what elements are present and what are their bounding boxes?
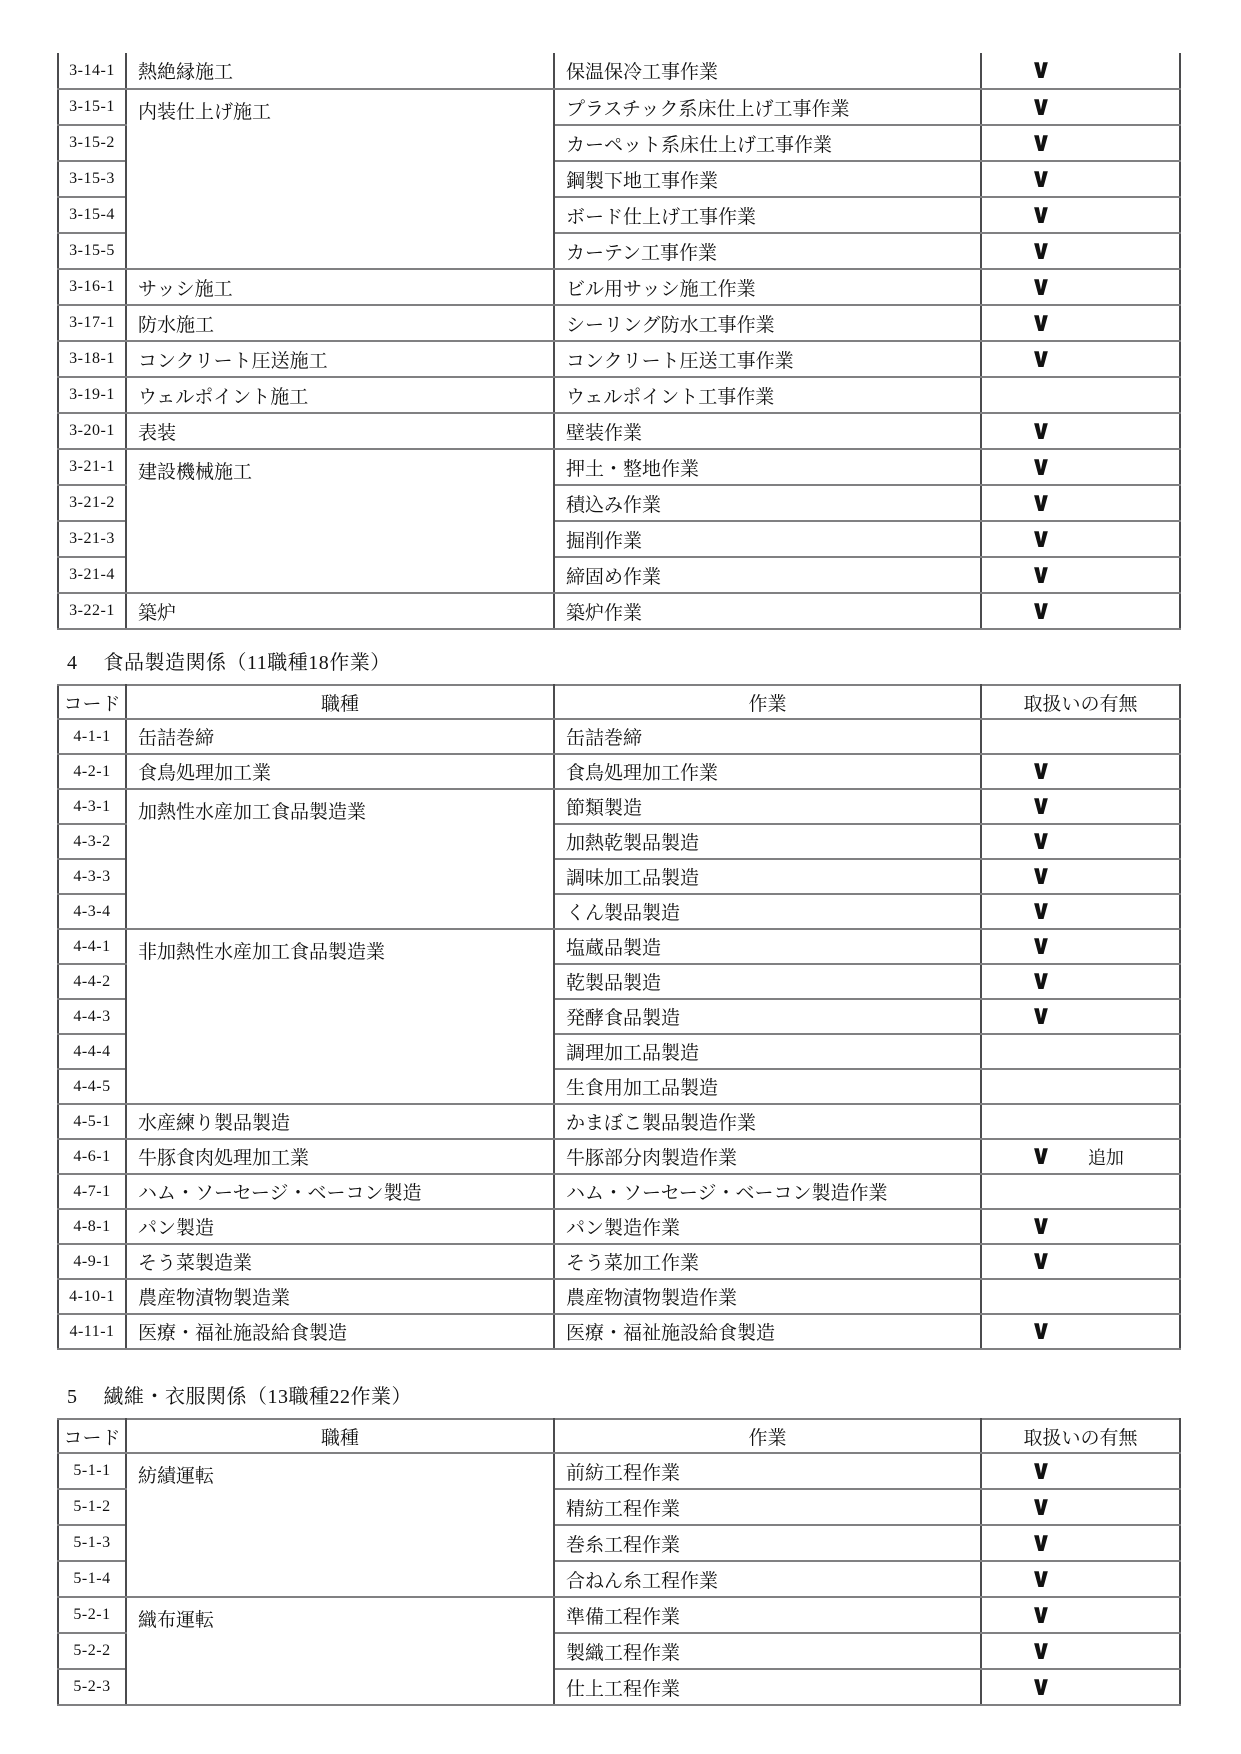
work-cell: 押土・整地作業 (554, 449, 981, 485)
section-title: 食品製造関係（11職種18作業） (104, 652, 391, 674)
availability-content: ∨ (982, 486, 1179, 520)
code-cell: 4-3-4 (58, 894, 126, 929)
availability-cell: ∨ (981, 161, 1180, 197)
availability-cell: ∨ (981, 1525, 1180, 1561)
header-work: 作業 (554, 685, 981, 719)
availability-cell: ∨ (981, 125, 1180, 161)
check-mark: ∨ (1030, 757, 1052, 784)
job-cell: 加熱性水産加工食品製造業 (126, 789, 554, 929)
table-row: 4-9-1そう菜製造業そう菜加工作業∨ (58, 1244, 1180, 1279)
food-jobs-table: コード 職種 作業 取扱いの有無 4-1-1缶詰巻締缶詰巻締4-2-1食鳥処理加… (57, 684, 1181, 1350)
availability-content: ∨追加 (982, 1140, 1179, 1173)
table-row: 3-22-1築炉築炉作業∨ (58, 593, 1180, 629)
code-cell: 3-18-1 (58, 341, 126, 377)
check-mark: ∨ (1030, 597, 1052, 624)
availability-cell: ∨ (981, 269, 1180, 305)
work-cell: 締固め作業 (554, 557, 981, 593)
check-mark: ∨ (1030, 201, 1052, 228)
availability-cell: ∨ (981, 557, 1180, 593)
work-cell: 農産物漬物製造作業 (554, 1279, 981, 1314)
header-job: 職種 (126, 1419, 554, 1453)
check-mark: ∨ (1030, 1212, 1052, 1239)
work-cell: 調理加工品製造 (554, 1034, 981, 1069)
code-cell: 3-16-1 (58, 269, 126, 305)
code-cell: 4-9-1 (58, 1244, 126, 1279)
availability-cell: ∨ (981, 593, 1180, 629)
availability-content: ∨ (982, 198, 1179, 232)
table-row: 4-2-1食鳥処理加工業食鳥処理加工作業∨ (58, 754, 1180, 789)
check-mark: ∨ (1030, 967, 1052, 994)
check-mark: ∨ (1030, 345, 1052, 372)
check-mark: ∨ (1030, 897, 1052, 924)
job-cell: 牛豚食肉処理加工業 (126, 1139, 554, 1174)
availability-content: ∨ (982, 234, 1179, 268)
availability-cell: ∨ (981, 1209, 1180, 1244)
added-note: 追加 (1088, 1144, 1124, 1170)
code-cell: 4-3-2 (58, 824, 126, 859)
availability-content: ∨ (982, 53, 1179, 88)
code-cell: 3-15-1 (58, 89, 126, 125)
job-cell: 非加熱性水産加工食品製造業 (126, 929, 554, 1104)
check-mark: ∨ (1030, 1247, 1052, 1274)
work-cell: 前紡工程作業 (554, 1453, 981, 1489)
availability-cell: ∨ (981, 1561, 1180, 1597)
work-cell: 掘削作業 (554, 521, 981, 557)
availability-content: ∨ (982, 162, 1179, 196)
code-cell: 3-15-5 (58, 233, 126, 269)
availability-content: ∨ (982, 1526, 1179, 1560)
availability-cell: ∨ (981, 1597, 1180, 1633)
table-row: 4-1-1缶詰巻締缶詰巻締 (58, 719, 1180, 754)
check-mark: ∨ (1030, 1601, 1052, 1628)
work-cell: 巻糸工程作業 (554, 1525, 981, 1561)
availability-content (982, 378, 1179, 412)
job-cell: 農産物漬物製造業 (126, 1279, 554, 1314)
code-cell: 4-6-1 (58, 1139, 126, 1174)
work-cell: 医療・福祉施設給食製造 (554, 1314, 981, 1349)
check-mark: ∨ (1030, 792, 1052, 819)
job-cell: 築炉 (126, 593, 554, 629)
availability-content: ∨ (982, 414, 1179, 448)
header-work: 作業 (554, 1419, 981, 1453)
availability-content: ∨ (982, 895, 1179, 928)
availability-content: ∨ (982, 558, 1179, 592)
table-row: 4-4-1非加熱性水産加工食品製造業塩蔵品製造∨ (58, 929, 1180, 964)
check-mark: ∨ (1030, 1002, 1052, 1029)
code-cell: 4-1-1 (58, 719, 126, 754)
work-cell: ビル用サッシ施工作業 (554, 269, 981, 305)
availability-cell: ∨追加 (981, 1139, 1180, 1174)
availability-cell (981, 1034, 1180, 1069)
availability-cell: ∨ (981, 521, 1180, 557)
code-cell: 4-3-1 (58, 789, 126, 824)
check-mark: ∨ (1030, 525, 1052, 552)
code-cell: 5-1-4 (58, 1561, 126, 1597)
availability-content: ∨ (982, 126, 1179, 160)
code-cell: 5-1-3 (58, 1525, 126, 1561)
job-cell: 表装 (126, 413, 554, 449)
table-row: 3-21-1建設機械施工押土・整地作業∨ (58, 449, 1180, 485)
work-cell: 缶詰巻締 (554, 719, 981, 754)
availability-content (982, 1070, 1179, 1103)
work-cell: くん製品製造 (554, 894, 981, 929)
code-cell: 4-7-1 (58, 1174, 126, 1209)
textile-jobs-table: コード 職種 作業 取扱いの有無 5-1-1紡績運転前紡工程作業∨5-1-2精紡… (57, 1418, 1181, 1706)
code-cell: 3-17-1 (58, 305, 126, 341)
availability-content: ∨ (982, 930, 1179, 963)
availability-cell: ∨ (981, 413, 1180, 449)
header-code: コード (58, 685, 126, 719)
availability-cell: ∨ (981, 485, 1180, 521)
table-row: 5-2-1織布運転準備工程作業∨ (58, 1597, 1180, 1633)
job-cell: 内装仕上げ施工 (126, 89, 554, 269)
check-mark: ∨ (1030, 489, 1052, 516)
table-row: 3-19-1ウェルポイント施工ウェルポイント工事作業 (58, 377, 1180, 413)
check-mark: ∨ (1030, 309, 1052, 336)
work-cell: シーリング防水工事作業 (554, 305, 981, 341)
availability-content: ∨ (982, 965, 1179, 998)
work-cell: かまぼこ製品製造作業 (554, 1104, 981, 1139)
work-cell: 築炉作業 (554, 593, 981, 629)
work-cell: 合ねん糸工程作業 (554, 1561, 981, 1597)
check-mark: ∨ (1030, 453, 1052, 480)
code-cell: 5-1-2 (58, 1489, 126, 1525)
availability-content (982, 720, 1179, 753)
table-row: 4-6-1牛豚食肉処理加工業牛豚部分肉製造作業∨追加 (58, 1139, 1180, 1174)
code-cell: 4-4-5 (58, 1069, 126, 1104)
work-cell: 製織工程作業 (554, 1633, 981, 1669)
header-code: コード (58, 1419, 126, 1453)
job-cell: 熱絶縁施工 (126, 53, 554, 89)
check-mark: ∨ (1030, 1673, 1052, 1700)
check-mark: ∨ (1030, 273, 1052, 300)
header-job: 職種 (126, 685, 554, 719)
job-cell: コンクリート圧送施工 (126, 341, 554, 377)
work-cell: 乾製品製造 (554, 964, 981, 999)
availability-content: ∨ (982, 1210, 1179, 1243)
work-cell: 保温保冷工事作業 (554, 53, 981, 89)
availability-cell: ∨ (981, 929, 1180, 964)
code-cell: 3-19-1 (58, 377, 126, 413)
code-cell: 4-4-4 (58, 1034, 126, 1069)
code-cell: 3-14-1 (58, 53, 126, 89)
check-mark: ∨ (1030, 417, 1052, 444)
availability-content: ∨ (982, 1670, 1179, 1704)
work-cell: 調味加工品製造 (554, 859, 981, 894)
job-cell: 防水施工 (126, 305, 554, 341)
check-mark: ∨ (1030, 1565, 1052, 1592)
job-cell: 織布運転 (126, 1597, 554, 1705)
availability-cell (981, 1174, 1180, 1209)
availability-content (982, 1280, 1179, 1313)
document-page: 3-14-1熱絶縁施工保温保冷工事作業∨3-15-1内装仕上げ施工プラスチック系… (0, 0, 1241, 1706)
availability-content: ∨ (982, 860, 1179, 893)
availability-content: ∨ (982, 1598, 1179, 1632)
availability-cell: ∨ (981, 1244, 1180, 1279)
availability-cell: ∨ (981, 449, 1180, 485)
section-heading-textile: 5繊維・衣服関係（13職種22作業） (67, 1380, 1241, 1409)
table-row: 3-14-1熱絶縁施工保温保冷工事作業∨ (58, 53, 1180, 89)
check-mark: ∨ (1030, 1457, 1052, 1484)
work-cell: 加熱乾製品製造 (554, 824, 981, 859)
availability-cell (981, 377, 1180, 413)
table-row: 4-5-1水産練り製品製造かまぼこ製品製造作業 (58, 1104, 1180, 1139)
construction-jobs-table: 3-14-1熱絶縁施工保温保冷工事作業∨3-15-1内装仕上げ施工プラスチック系… (57, 53, 1181, 630)
availability-content: ∨ (982, 522, 1179, 556)
code-cell: 4-4-2 (58, 964, 126, 999)
table-row: 4-8-1パン製造パン製造作業∨ (58, 1209, 1180, 1244)
work-cell: 仕上工程作業 (554, 1669, 981, 1705)
availability-cell: ∨ (981, 305, 1180, 341)
code-cell: 4-3-3 (58, 859, 126, 894)
job-cell: 建設機械施工 (126, 449, 554, 593)
availability-content: ∨ (982, 755, 1179, 788)
table-header-row: コード 職種 作業 取扱いの有無 (58, 1419, 1180, 1453)
availability-content: ∨ (982, 1245, 1179, 1278)
code-cell: 3-21-4 (58, 557, 126, 593)
job-cell: 水産練り製品製造 (126, 1104, 554, 1139)
availability-content: ∨ (982, 450, 1179, 484)
availability-content: ∨ (982, 594, 1179, 628)
job-cell: 紡績運転 (126, 1453, 554, 1597)
code-cell: 4-4-3 (58, 999, 126, 1034)
check-mark: ∨ (1030, 561, 1052, 588)
work-cell: パン製造作業 (554, 1209, 981, 1244)
availability-cell (981, 1069, 1180, 1104)
availability-cell (981, 1279, 1180, 1314)
availability-cell: ∨ (981, 1633, 1180, 1669)
job-cell: パン製造 (126, 1209, 554, 1244)
work-cell: 発酵食品製造 (554, 999, 981, 1034)
code-cell: 5-2-2 (58, 1633, 126, 1669)
code-cell: 4-2-1 (58, 754, 126, 789)
work-cell: 精紡工程作業 (554, 1489, 981, 1525)
availability-cell: ∨ (981, 1453, 1180, 1489)
availability-content (982, 1105, 1179, 1138)
availability-cell: ∨ (981, 859, 1180, 894)
code-cell: 5-2-3 (58, 1669, 126, 1705)
availability-cell: ∨ (981, 1314, 1180, 1349)
header-availability: 取扱いの有無 (981, 685, 1180, 719)
work-cell: カーペット系床仕上げ工事作業 (554, 125, 981, 161)
availability-cell: ∨ (981, 894, 1180, 929)
code-cell: 3-15-4 (58, 197, 126, 233)
availability-content (982, 1175, 1179, 1208)
section-title: 繊維・衣服関係（13職種22作業） (104, 1386, 413, 1408)
availability-cell: ∨ (981, 789, 1180, 824)
work-cell: コンクリート圧送工事作業 (554, 341, 981, 377)
check-mark: ∨ (1030, 129, 1052, 156)
check-mark: ∨ (1030, 862, 1052, 889)
work-cell: 積込み作業 (554, 485, 981, 521)
work-cell: 準備工程作業 (554, 1597, 981, 1633)
availability-content: ∨ (982, 1000, 1179, 1033)
code-cell: 3-15-2 (58, 125, 126, 161)
code-cell: 4-11-1 (58, 1314, 126, 1349)
code-cell: 3-20-1 (58, 413, 126, 449)
section-heading-food: 4食品製造関係（11職種18作業） (67, 646, 1241, 675)
work-cell: 食鳥処理加工作業 (554, 754, 981, 789)
work-cell: 鋼製下地工事作業 (554, 161, 981, 197)
header-availability: 取扱いの有無 (981, 1419, 1180, 1453)
availability-cell: ∨ (981, 53, 1180, 89)
work-cell: 牛豚部分肉製造作業 (554, 1139, 981, 1174)
code-cell: 3-22-1 (58, 593, 126, 629)
availability-cell: ∨ (981, 233, 1180, 269)
table-row: 4-10-1農産物漬物製造業農産物漬物製造作業 (58, 1279, 1180, 1314)
availability-content: ∨ (982, 270, 1179, 304)
check-mark: ∨ (1030, 932, 1052, 959)
table-row: 3-16-1サッシ施工ビル用サッシ施工作業∨ (58, 269, 1180, 305)
availability-content: ∨ (982, 825, 1179, 858)
availability-cell: ∨ (981, 964, 1180, 999)
work-cell: 塩蔵品製造 (554, 929, 981, 964)
section-number: 4 (67, 652, 78, 675)
code-cell: 3-21-3 (58, 521, 126, 557)
check-mark: ∨ (1030, 827, 1052, 854)
availability-content: ∨ (982, 90, 1179, 124)
table-row: 3-17-1防水施工シーリング防水工事作業∨ (58, 305, 1180, 341)
availability-cell: ∨ (981, 197, 1180, 233)
availability-content: ∨ (982, 1454, 1179, 1488)
work-cell: 節類製造 (554, 789, 981, 824)
check-mark: ∨ (1030, 56, 1052, 83)
work-cell: ウェルポイント工事作業 (554, 377, 981, 413)
code-cell: 5-2-1 (58, 1597, 126, 1633)
availability-content (982, 1035, 1179, 1068)
work-cell: ボード仕上げ工事作業 (554, 197, 981, 233)
code-cell: 3-15-3 (58, 161, 126, 197)
job-cell: そう菜製造業 (126, 1244, 554, 1279)
availability-content: ∨ (982, 306, 1179, 340)
work-cell: プラスチック系床仕上げ工事作業 (554, 89, 981, 125)
availability-content: ∨ (982, 1562, 1179, 1596)
availability-cell (981, 719, 1180, 754)
availability-content: ∨ (982, 1315, 1179, 1348)
code-cell: 3-21-2 (58, 485, 126, 521)
code-cell: 4-5-1 (58, 1104, 126, 1139)
job-cell: 缶詰巻締 (126, 719, 554, 754)
check-mark: ∨ (1030, 1142, 1052, 1169)
work-cell: 壁装作業 (554, 413, 981, 449)
table-row: 4-11-1医療・福祉施設給食製造医療・福祉施設給食製造∨ (58, 1314, 1180, 1349)
work-cell: そう菜加工作業 (554, 1244, 981, 1279)
availability-content: ∨ (982, 342, 1179, 376)
job-cell: サッシ施工 (126, 269, 554, 305)
table-row: 3-20-1表装壁装作業∨ (58, 413, 1180, 449)
check-mark: ∨ (1030, 1493, 1052, 1520)
code-cell: 5-1-1 (58, 1453, 126, 1489)
table-row: 5-1-1紡績運転前紡工程作業∨ (58, 1453, 1180, 1489)
job-cell: ハム・ソーセージ・ベーコン製造 (126, 1174, 554, 1209)
table-row: 3-15-1内装仕上げ施工プラスチック系床仕上げ工事作業∨ (58, 89, 1180, 125)
work-cell: 生食用加工品製造 (554, 1069, 981, 1104)
availability-cell: ∨ (981, 999, 1180, 1034)
availability-cell: ∨ (981, 89, 1180, 125)
availability-cell: ∨ (981, 341, 1180, 377)
job-cell: ウェルポイント施工 (126, 377, 554, 413)
code-cell: 4-10-1 (58, 1279, 126, 1314)
availability-cell: ∨ (981, 824, 1180, 859)
check-mark: ∨ (1030, 1637, 1052, 1664)
table-header-row: コード 職種 作業 取扱いの有無 (58, 685, 1180, 719)
check-mark: ∨ (1030, 165, 1052, 192)
code-cell: 4-4-1 (58, 929, 126, 964)
check-mark: ∨ (1030, 1317, 1052, 1344)
check-mark: ∨ (1030, 237, 1052, 264)
availability-content: ∨ (982, 1634, 1179, 1668)
availability-cell: ∨ (981, 754, 1180, 789)
work-cell: カーテン工事作業 (554, 233, 981, 269)
section-number: 5 (67, 1386, 78, 1409)
availability-cell: ∨ (981, 1669, 1180, 1705)
code-cell: 3-21-1 (58, 449, 126, 485)
table-row: 4-3-1加熱性水産加工食品製造業節類製造∨ (58, 789, 1180, 824)
job-cell: 食鳥処理加工業 (126, 754, 554, 789)
table-row: 4-7-1ハム・ソーセージ・ベーコン製造ハム・ソーセージ・ベーコン製造作業 (58, 1174, 1180, 1209)
availability-cell: ∨ (981, 1489, 1180, 1525)
availability-content: ∨ (982, 1490, 1179, 1524)
work-cell: ハム・ソーセージ・ベーコン製造作業 (554, 1174, 981, 1209)
code-cell: 4-8-1 (58, 1209, 126, 1244)
job-cell: 医療・福祉施設給食製造 (126, 1314, 554, 1349)
table-row: 3-18-1コンクリート圧送施工コンクリート圧送工事作業∨ (58, 341, 1180, 377)
check-mark: ∨ (1030, 1529, 1052, 1556)
availability-content: ∨ (982, 790, 1179, 823)
availability-cell (981, 1104, 1180, 1139)
check-mark: ∨ (1030, 93, 1052, 120)
